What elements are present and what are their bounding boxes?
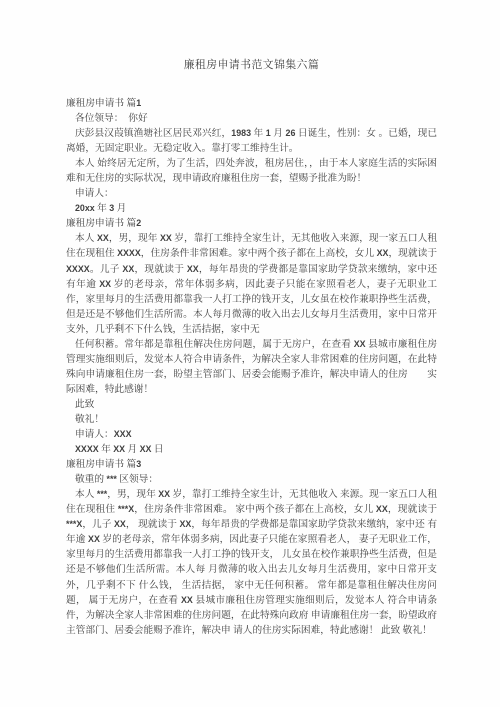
paragraph: 本人 XX，男，现年 XX 岁，靠打工维持全家生计，无其他收入来源，现一家五口人… [66, 231, 437, 336]
salute-line: 敬礼！ [66, 412, 437, 427]
salutation-line: 敬重的 *** 区领导： [66, 472, 437, 487]
applicant-line: 申请人：XXX [66, 427, 437, 442]
paragraph: 本人 始终居无定所，为了生活，四处奔波，租房居住，，由于本人家庭生活的实际困难和… [66, 156, 437, 186]
letter-section-2: 廉租房申请书 篇2 本人 XX，男，现年 XX 岁，靠打工维持全家生计，无其他收… [66, 216, 437, 457]
date-line: 20xx 年 3 月 [66, 201, 437, 216]
section-2-heading: 廉租房申请书 篇2 [66, 216, 437, 231]
letter-section-3: 廉租房申请书 篇3 敬重的 *** 区领导： 本人 ***，男，现年 XX 岁，… [66, 457, 437, 638]
paragraph: 任何积蓄。常年都是靠租住解决住房问题，属于无房户，在查看 XX 县城市廉租住房管… [66, 337, 437, 397]
paragraph: 本人 ***，男，现年 XX 岁，靠打工维持全家生计，无其他收入 来源。现一家五… [66, 487, 437, 637]
letter-section-1: 廉租房申请书 篇1 各位领导： 你好 庆彭县汉葭镇渔塘社区居民邓兴红，1983 … [66, 96, 437, 216]
date-line: XXXX 年 XX 月 XX 日 [66, 442, 437, 457]
closing-line: 此致 [66, 397, 437, 412]
applicant-line: 申请人： [66, 186, 437, 201]
document-title: 廉租房申请书范文锦集六篇 [66, 58, 437, 73]
section-3-heading: 廉租房申请书 篇3 [66, 457, 437, 472]
document-page: 廉租房申请书范文锦集六篇 廉租房申请书 篇1 各位领导： 你好 庆彭县汉葭镇渔塘… [0, 0, 500, 707]
salutation-line: 各位领导： 你好 [66, 111, 437, 126]
section-1-heading: 廉租房申请书 篇1 [66, 96, 437, 111]
paragraph: 庆彭县汉葭镇渔塘社区居民邓兴红，1983 年 1 月 26 日诞生，性别：女 。… [66, 126, 437, 156]
